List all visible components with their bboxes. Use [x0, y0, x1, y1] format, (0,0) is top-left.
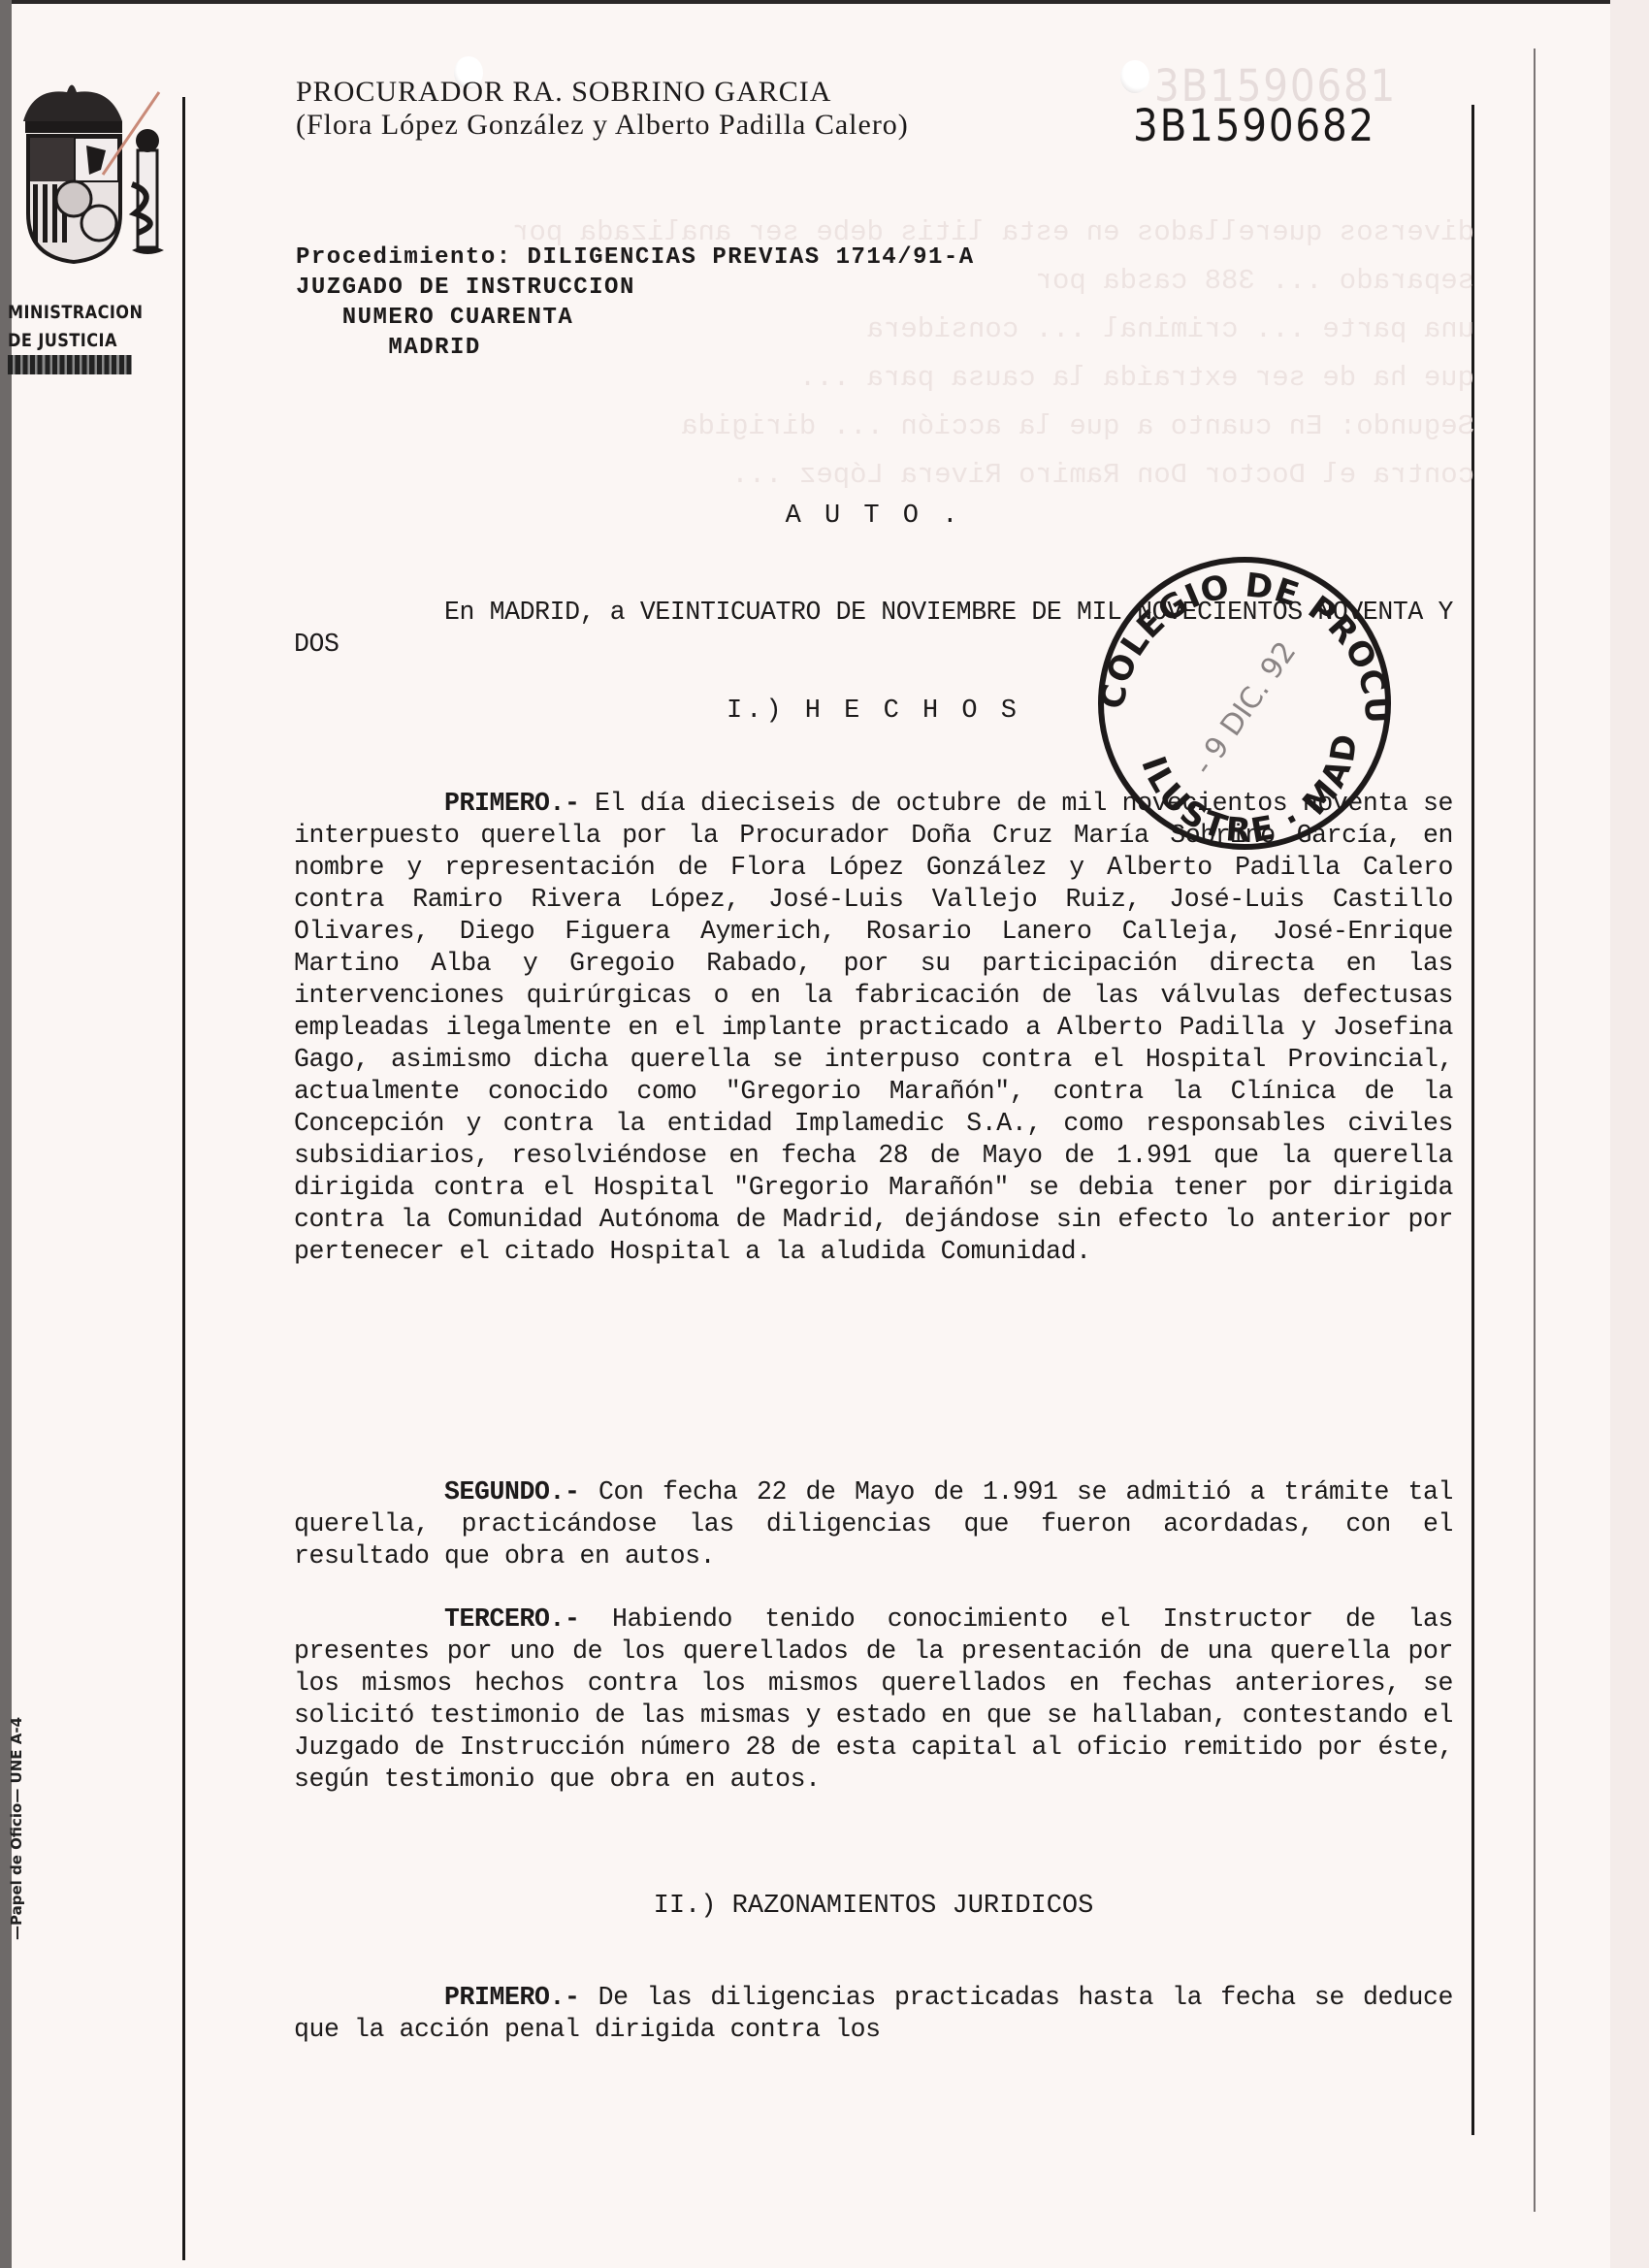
- hechos-segundo-paragraph: SEGUNDO.- Con fecha 22 de Mayo de 1.991 …: [294, 1476, 1453, 1572]
- stamp-date: - 9 DIC. 92: [1186, 635, 1303, 781]
- section-heading-razonamientos: II.) RAZONAMIENTOS JURIDICOS: [294, 1892, 1453, 1921]
- court-number: NUMERO CUARENTA: [296, 303, 975, 333]
- ministry-line-3-smudged: [8, 355, 143, 383]
- procedure-reference: Procedimiento: DILIGENCIAS PREVIAS 1714/…: [296, 243, 975, 273]
- paragraph-lead: TERCERO.-: [444, 1604, 580, 1634]
- procurador-line: PROCURADOR RA. SOBRINO GARCIA: [296, 76, 909, 109]
- document-header: PROCURADOR RA. SOBRINO GARCIA (Flora Lóp…: [296, 76, 909, 142]
- ministry-line-2: DE JUSTICIA: [8, 327, 143, 355]
- paragraph-lead: PRIMERO.-: [444, 1983, 580, 2012]
- spanish-coat-of-arms-icon: [14, 78, 178, 272]
- parties-line: (Flora López González y Alberto Padilla …: [296, 109, 909, 142]
- paper-fold-line: [1534, 49, 1536, 2212]
- procuradores-college-stamp: COLEGIO DE PROCURADORES ILUSTRE · MADRID…: [1084, 543, 1405, 863]
- ministry-line-1: MINISTRACION: [8, 299, 143, 327]
- court-name: JUZGADO DE INSTRUCCION: [296, 273, 975, 303]
- paragraph-lead: SEGUNDO.-: [444, 1477, 580, 1507]
- scan-edge-top: [0, 0, 1649, 4]
- left-margin-rule: [182, 97, 185, 2260]
- right-margin-rule: [1471, 105, 1474, 2135]
- document-title: A U T O .: [294, 502, 1453, 531]
- paragraph-lead: PRIMERO.-: [444, 789, 580, 818]
- razonamientos-primero-paragraph: PRIMERO.- De las diligencias practicadas…: [294, 1982, 1453, 2046]
- scan-margin-right: [1610, 0, 1649, 2268]
- punch-hole: [1120, 60, 1149, 93]
- ministry-letterhead: MINISTRACION DE JUSTICIA: [8, 299, 143, 383]
- paper-spec-caption: —Papel de Oficio— UNE A-4: [8, 1717, 25, 1940]
- document-number: 3B1590682: [1133, 100, 1375, 151]
- court-city: MADRID: [296, 333, 975, 363]
- procedure-block: Procedimiento: DILIGENCIAS PREVIAS 1714/…: [296, 243, 975, 363]
- hechos-tercero-paragraph: TERCERO.- Habiendo tenido conocimiento e…: [294, 1604, 1453, 1796]
